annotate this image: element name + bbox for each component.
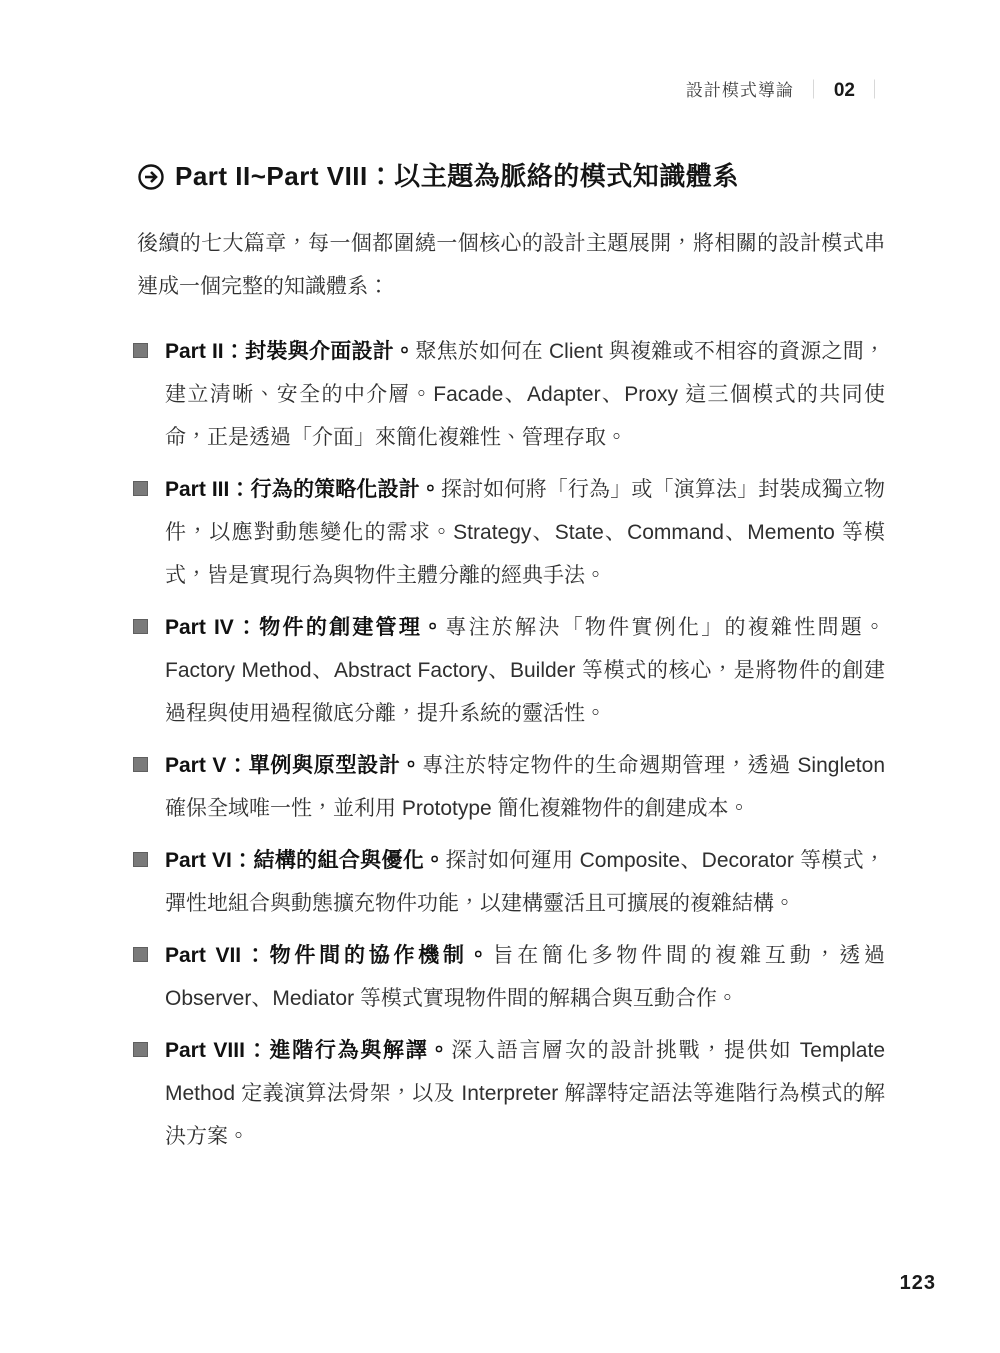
- section-title: Part II~Part VIII：以主題為脈絡的模式知識體系: [175, 160, 739, 194]
- bullet-square-icon: [133, 1042, 148, 1057]
- list-item-text: Part III：行為的策略化設計。探討如何將「行為」或「演算法」封裝成獨立物件…: [165, 468, 885, 597]
- list-item-text: Part VI：結構的組合與優化。探討如何運用 Composite、Decora…: [165, 839, 885, 925]
- list-item-lead: Part VII：物件間的協作機制。: [165, 944, 493, 967]
- chapter-number: 02: [834, 80, 855, 102]
- list-item-part8: Part VIII：進階行為與解譯。深入語言層次的設計挑戰，提供如 Templa…: [137, 1029, 885, 1158]
- running-header-title: 設計模式導論: [686, 80, 794, 102]
- list-item-text: Part V：單例與原型設計。專注於特定物件的生命週期管理，透過 Singlet…: [165, 744, 885, 830]
- book-page: 設計模式導論 ｜ 02 ｜ Part II~Part VIII：以主題為脈絡的模…: [0, 0, 1000, 1353]
- list-item-part4: Part IV：物件的創建管理。專注於解決「物件實例化」的複雜性問題。Facto…: [137, 606, 885, 735]
- bullet-square-icon: [133, 947, 148, 962]
- header-divider-right: ｜: [870, 80, 880, 102]
- list-item-lead: Part VIII：進階行為與解譯。: [165, 1039, 451, 1062]
- list-item-part6: Part VI：結構的組合與優化。探討如何運用 Composite、Decora…: [137, 839, 885, 925]
- page-number: 123: [900, 1272, 936, 1295]
- bullet-square-icon: [133, 343, 148, 358]
- list-item-part3: Part III：行為的策略化設計。探討如何將「行為」或「演算法」封裝成獨立物件…: [137, 468, 885, 597]
- intro-paragraph: 後續的七大篇章，每一個都圍繞一個核心的設計主題展開，將相關的設計模式串連成一個完…: [137, 222, 885, 308]
- list-item-text: Part VII：物件間的協作機制。旨在簡化多物件間的複雜互動，透過 Obser…: [165, 934, 885, 1020]
- header-divider-left: ｜: [809, 80, 819, 102]
- list-item-text: Part VIII：進階行為與解譯。深入語言層次的設計挑戰，提供如 Templa…: [165, 1029, 885, 1158]
- bullet-square-icon: [133, 852, 148, 867]
- running-header: 設計模式導論 ｜ 02 ｜: [686, 80, 885, 102]
- list-item-lead: Part VI：結構的組合與優化。: [165, 849, 445, 872]
- part-list: Part II：封裝與介面設計。聚焦於如何在 Client 與複雜或不相容的資源…: [137, 330, 885, 1158]
- list-item-part7: Part VII：物件間的協作機制。旨在簡化多物件間的複雜互動，透過 Obser…: [137, 934, 885, 1020]
- list-item-lead: Part II：封裝與介面設計。: [165, 340, 415, 363]
- list-item-part5: Part V：單例與原型設計。專注於特定物件的生命週期管理，透過 Singlet…: [137, 744, 885, 830]
- circled-right-arrow-icon: [137, 163, 165, 191]
- list-item-text: Part IV：物件的創建管理。專注於解決「物件實例化」的複雜性問題。Facto…: [165, 606, 885, 735]
- list-item-lead: Part V：單例與原型設計。: [165, 754, 422, 777]
- bullet-square-icon: [133, 619, 148, 634]
- list-item-text: Part II：封裝與介面設計。聚焦於如何在 Client 與複雜或不相容的資源…: [165, 330, 885, 459]
- bullet-square-icon: [133, 481, 148, 496]
- list-item-lead: Part IV：物件的創建管理。: [165, 616, 445, 639]
- page-content: Part II~Part VIII：以主題為脈絡的模式知識體系 後續的七大篇章，…: [137, 160, 885, 1167]
- list-item-part2: Part II：封裝與介面設計。聚焦於如何在 Client 與複雜或不相容的資源…: [137, 330, 885, 459]
- section-title-row: Part II~Part VIII：以主題為脈絡的模式知識體系: [137, 160, 885, 194]
- list-item-lead: Part III：行為的策略化設計。: [165, 478, 441, 501]
- bullet-square-icon: [133, 757, 148, 772]
